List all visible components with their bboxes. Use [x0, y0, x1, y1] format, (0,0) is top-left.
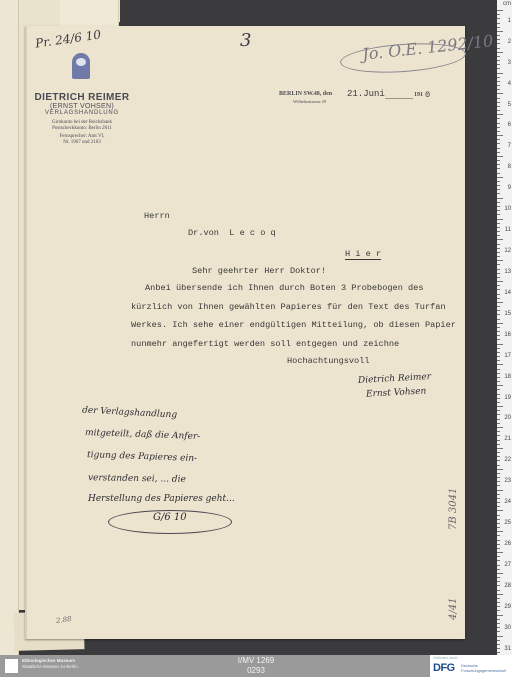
ruler-tick — [497, 260, 503, 261]
ruler-tick — [497, 39, 500, 40]
ruler-tick — [497, 81, 500, 82]
ruler-tick — [497, 31, 503, 32]
ruler-tick — [497, 18, 500, 19]
ruler-mark: 8 — [508, 164, 511, 170]
ruler-tick — [497, 527, 500, 528]
ruler-tick — [497, 239, 503, 240]
ruler-tick — [497, 298, 500, 299]
side-inventory-number: 7B 3041 — [448, 488, 459, 530]
ruler-mark: 1 — [508, 18, 511, 24]
ruler-tick — [497, 177, 503, 178]
ruler-tick — [497, 373, 500, 374]
ruler-tick — [497, 339, 500, 340]
ruler-tick — [497, 431, 500, 432]
ruler-tick — [497, 398, 500, 399]
ruler-tick — [497, 590, 500, 591]
ruler-tick — [497, 377, 500, 378]
ruler-tick — [497, 27, 500, 28]
ruler-tick — [497, 202, 500, 203]
ruler-mark: 16 — [504, 332, 511, 338]
addressee-location: H i e r — [345, 249, 381, 260]
ruler-tick — [497, 636, 503, 637]
ruler-tick — [497, 356, 500, 357]
ruler-tick — [497, 556, 500, 557]
ruler-tick — [497, 214, 500, 215]
ruler-tick — [497, 173, 500, 174]
ruler-tick — [497, 77, 500, 78]
letterhead: DIETRICH REIMER (ERNST VOHSEN) VERLAGSHA… — [32, 92, 132, 146]
ruler-tick — [497, 152, 500, 153]
ruler-tick — [497, 319, 500, 320]
ruler-tick — [497, 389, 500, 390]
ruler-mark: 28 — [504, 583, 511, 589]
dfg-line-2: Forschungsgemeinschaft — [461, 668, 506, 673]
publisher-subname: (ERNST VOHSEN) — [32, 103, 132, 110]
ruler-mark: 9 — [508, 185, 511, 191]
ruler-tick — [497, 310, 500, 311]
greeting: Sehr geehrter Herr Doktor! — [192, 266, 326, 276]
note-line-4: verstanden sei, ... die — [88, 473, 186, 485]
ruler-tick — [497, 43, 500, 44]
note-initials: G/6 10 — [153, 512, 187, 523]
ruler-tick — [497, 93, 503, 94]
ruler-mark: 7 — [508, 143, 511, 149]
ruler-tick — [497, 381, 500, 382]
ruler-mark: 14 — [504, 290, 511, 296]
year-prefix: 191 — [414, 92, 423, 98]
ruler-tick — [497, 10, 503, 11]
ruler-mark: 3 — [508, 60, 511, 66]
ruler-tick — [497, 281, 503, 282]
ruler-tick — [497, 631, 500, 632]
ruler-tick — [497, 98, 500, 99]
funded-by: Gefördert durch — [433, 656, 458, 660]
ruler-tick — [497, 627, 500, 628]
ruler-mark: 18 — [504, 374, 511, 380]
dfg-mark: DFG — [433, 662, 455, 674]
ruler-tick — [497, 552, 503, 553]
ruler-tick — [497, 135, 503, 136]
ruler-tick — [497, 344, 503, 345]
ruler-tick — [497, 444, 500, 445]
ruler-tick — [497, 323, 503, 324]
ruler-tick — [497, 106, 500, 107]
ruler-mark: 15 — [504, 311, 511, 317]
ruler-tick — [497, 419, 500, 420]
ruler-tick — [497, 52, 503, 53]
ruler-tick — [497, 573, 503, 574]
ruler-tick — [497, 569, 500, 570]
ruler-tick — [497, 423, 500, 424]
ruler-tick — [497, 452, 500, 453]
ruler-tick — [497, 652, 500, 653]
ruler-tick — [497, 219, 503, 220]
ruler-tick — [497, 256, 500, 257]
body-line-2: kürzlich von Ihnen gewählten Papieres fü… — [131, 302, 446, 312]
ruler-tick — [497, 414, 500, 415]
ruler-tick — [497, 223, 500, 224]
underlying-sheet-tab — [60, 0, 119, 26]
ruler-tick — [497, 185, 500, 186]
ruler-tick — [497, 394, 500, 395]
museum-credit: Ethnologisches Museum Staatliche Museen … — [22, 658, 78, 670]
ruler-tick — [497, 648, 500, 649]
ruler-tick — [497, 294, 500, 295]
ruler-mark: 24 — [504, 499, 511, 505]
ruler-tick — [497, 285, 500, 286]
body-line-4: nunmehr angefertigt werden soll entgegen… — [131, 339, 399, 349]
ruler-tick — [497, 198, 503, 199]
ruler-tick — [497, 606, 500, 607]
ruler-tick — [497, 385, 503, 386]
ruler-tick — [497, 535, 500, 536]
ruler-mark: 26 — [504, 541, 511, 547]
dfg-text: Deutsche Forschungsgemeinschaft — [461, 663, 506, 673]
ruler-tick — [497, 85, 500, 86]
ruler-tick — [497, 123, 500, 124]
ruler-tick — [497, 602, 500, 603]
ruler-tick — [497, 565, 500, 566]
ruler-tick — [497, 110, 500, 111]
dateline-place: BERLIN SW.48, den — [279, 91, 332, 97]
ruler-tick — [497, 118, 500, 119]
ruler-tick — [497, 227, 500, 228]
ruler-tick — [497, 348, 500, 349]
ruler-unit: cm — [503, 1, 511, 7]
addressee: Dr.von L e c o q — [188, 228, 276, 238]
ruler-tick — [497, 615, 503, 616]
ruler-tick — [497, 581, 500, 582]
body-line-1: Anbei übersende ich Ihnen durch Boten 3 … — [145, 283, 423, 293]
ruler-tick — [497, 231, 500, 232]
ruler-tick — [497, 314, 500, 315]
ruler-tick — [497, 427, 503, 428]
ruler-tick — [497, 23, 500, 24]
body-line-3: Werkes. Ich sehe einer endgültigen Mitte… — [131, 320, 456, 330]
ruler-tick — [497, 460, 500, 461]
ruler-tick — [497, 64, 500, 65]
ruler-tick — [497, 289, 500, 290]
ruler-tick — [497, 127, 500, 128]
dateline-street: Wilhelmstrasse 29 — [293, 99, 326, 104]
ruler-tick — [497, 531, 503, 532]
ruler-mark: 13 — [504, 269, 511, 275]
museum-logo-icon — [5, 659, 18, 673]
underlying-sheet-edge — [0, 0, 19, 655]
ruler-tick — [497, 248, 500, 249]
ruler-tick — [497, 210, 500, 211]
year-suffix: 0 — [425, 90, 430, 100]
ruler-tick — [497, 515, 500, 516]
ruler-tick — [497, 164, 500, 165]
ruler-tick — [497, 485, 500, 486]
dfg-logo: Gefördert durch DFG Deutsche Forschungsg… — [430, 655, 512, 677]
ruler-mark: 6 — [508, 122, 511, 128]
ruler-mark: 4 — [508, 81, 511, 87]
ruler-tick — [497, 577, 500, 578]
ruler-tick — [497, 102, 500, 103]
ruler-tick — [497, 335, 500, 336]
museum-institution: Staatliche Museen zu Berlin — [22, 664, 78, 670]
ruler-tick — [497, 469, 503, 470]
cm-ruler: cm 1 2 3 4 5 6 7 8 9 10 11 12 13 14 15 1… — [497, 0, 512, 655]
ruler-tick — [497, 456, 500, 457]
ruler-tick — [497, 168, 500, 169]
ruler-tick — [497, 506, 500, 507]
ruler-tick — [497, 465, 500, 466]
side-inventory-number-2: 4/41 — [448, 598, 459, 620]
ruler-tick — [497, 89, 500, 90]
ruler-tick — [497, 273, 500, 274]
salutation-addressee: Herrn — [144, 211, 170, 221]
ruler-mark: 23 — [504, 478, 511, 484]
ruler-mark: 29 — [504, 604, 511, 610]
ruler-tick — [497, 440, 500, 441]
ruler-tick — [497, 352, 500, 353]
ruler-tick — [497, 181, 500, 182]
ruler-tick — [497, 435, 500, 436]
phone-line-2: Nr. 1967 und 2163 — [32, 140, 132, 146]
ruler-tick — [497, 269, 500, 270]
ruler-mark: 5 — [508, 102, 511, 108]
ruler-tick — [497, 510, 503, 511]
ruler-tick — [497, 523, 500, 524]
ruler-tick — [497, 139, 500, 140]
ruler-tick — [497, 498, 500, 499]
footer-bar: Ethnologisches Museum Staatliche Museen … — [0, 655, 512, 677]
ruler-tick — [497, 610, 500, 611]
ruler-mark: 12 — [504, 248, 511, 254]
ruler-tick — [497, 193, 500, 194]
ruler-tick — [497, 548, 500, 549]
ruler-tick — [497, 585, 500, 586]
ruler-tick — [497, 331, 500, 332]
ruler-mark: 17 — [504, 353, 511, 359]
ruler-mark: 19 — [504, 395, 511, 401]
ruler-mark: 22 — [504, 457, 511, 463]
letter-sheet-edge — [25, 26, 27, 639]
ruler-tick — [497, 327, 500, 328]
ruler-tick — [497, 131, 500, 132]
ruler-tick — [497, 540, 500, 541]
ruler-tick — [497, 252, 500, 253]
ruler-tick — [497, 494, 500, 495]
footer-identifier: I/MV 1269 0293 — [200, 656, 312, 676]
ruler-mark: 2 — [508, 39, 511, 45]
ruler-tick — [497, 35, 500, 36]
ruler-tick — [497, 502, 500, 503]
ruler-tick — [497, 410, 500, 411]
ruler-tick — [497, 598, 500, 599]
ruler-tick — [497, 594, 503, 595]
ruler-mark: 27 — [504, 562, 511, 568]
inventory-number: I/MV 1269 — [200, 656, 312, 666]
ruler-tick — [497, 306, 500, 307]
ruler-tick — [497, 448, 503, 449]
publisher-name: DIETRICH REIMER — [32, 92, 132, 103]
ruler-mark: 20 — [504, 415, 511, 421]
ruler-tick — [497, 148, 500, 149]
page-number: 0293 — [200, 666, 312, 676]
ruler-mark: 21 — [504, 436, 511, 442]
ruler-tick — [497, 369, 500, 370]
ruler-tick — [497, 402, 500, 403]
ruler-tick — [497, 56, 500, 57]
note-line-5: Herstellung des Papieres geht... — [88, 494, 235, 504]
ruler-tick — [497, 644, 500, 645]
ruler-tick — [497, 277, 500, 278]
ruler-tick — [497, 302, 503, 303]
ruler-tick — [497, 473, 500, 474]
ruler-tick — [497, 640, 500, 641]
ruler-tick — [497, 490, 503, 491]
ruler-tick — [497, 544, 500, 545]
ruler-tick — [497, 206, 500, 207]
date-rule — [385, 98, 413, 99]
ruler-tick — [497, 477, 500, 478]
ruler-tick — [497, 156, 503, 157]
ruler-tick — [497, 623, 500, 624]
letter-date: 21.Juni — [347, 89, 385, 99]
ruler-tick — [497, 73, 503, 74]
publisher-type: VERLAGSHANDLUNG — [32, 110, 132, 116]
ruler-tick — [497, 619, 500, 620]
ruler-tick — [497, 60, 500, 61]
ruler-tick — [497, 360, 500, 361]
ruler-tick — [497, 364, 503, 365]
ruler-mark: 30 — [504, 625, 511, 631]
ruler-tick — [497, 264, 500, 265]
ruler-mark: 31 — [504, 646, 511, 652]
ruler-tick — [497, 560, 500, 561]
ruler-tick — [497, 114, 503, 115]
folio-number: 3 — [240, 30, 251, 51]
closing: Hochachtungsvoll — [287, 356, 370, 366]
ruler-mark: 10 — [504, 206, 511, 212]
ruler-tick — [497, 189, 500, 190]
ruler-tick — [497, 244, 500, 245]
ruler-tick — [497, 143, 500, 144]
publisher-logo-icon — [72, 53, 90, 79]
ruler-mark: 11 — [505, 227, 511, 233]
ruler-tick — [497, 14, 500, 15]
ruler-tick — [497, 519, 500, 520]
ruler-tick — [497, 235, 500, 236]
ruler-mark: 25 — [504, 520, 511, 526]
ruler-tick — [497, 48, 500, 49]
ruler-tick — [497, 481, 500, 482]
ruler-tick — [497, 160, 500, 161]
ruler-tick — [497, 406, 503, 407]
ruler-tick — [497, 68, 500, 69]
